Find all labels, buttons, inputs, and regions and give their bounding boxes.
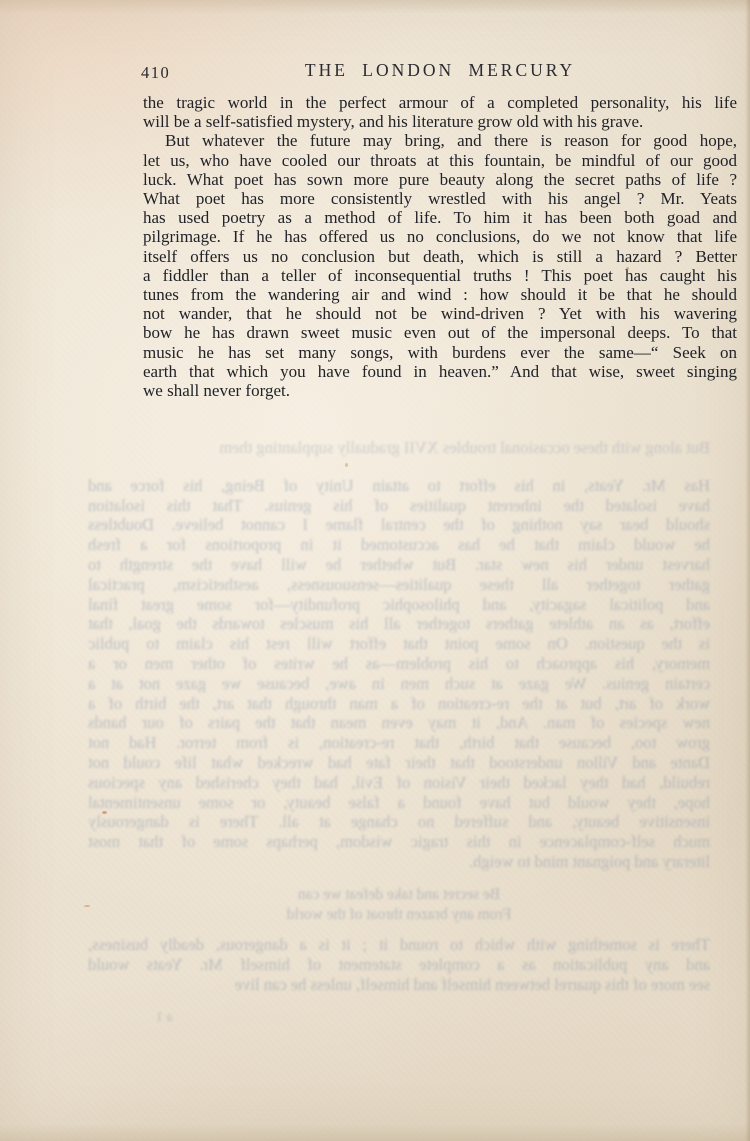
ghost-line: harvest under his new star. But whether …	[88, 555, 710, 575]
text-line: the tragic world in the perfect armour o…	[143, 93, 737, 112]
text-line: pilgrimage. If he has offered us no conc…	[143, 227, 737, 246]
text-line: will be a self-satisfied mystery, and hi…	[143, 112, 737, 131]
ghost-line: is the question. On some point that effo…	[88, 634, 710, 654]
text-line: a fiddler than a teller of inconsequenti…	[143, 266, 737, 285]
text-line: earth that which you have found in heave…	[143, 362, 737, 381]
foxing-speck	[345, 463, 348, 467]
ghost-line: effort, as an athlete gathers together a…	[88, 614, 710, 634]
ghost-closing-paragraph: There is something with which to round i…	[88, 935, 710, 994]
article-text: the tragic world in the perfect armour o…	[143, 93, 737, 400]
text-line: What poet has more consistently wrestled…	[143, 189, 737, 208]
ghost-line: certain genius. We gaze at such men in a…	[88, 674, 710, 694]
text-line: tunes from the wandering air and wind : …	[143, 285, 737, 304]
ghost-line: insensitive beauty, and suffered no chan…	[88, 812, 710, 832]
ghost-heading-line: But along with these occasional troubles…	[88, 438, 710, 458]
ghost-verse: Be secret and take defeat we canFrom any…	[88, 885, 710, 925]
journal-title: THE LONDON MERCURY	[143, 60, 737, 81]
text-line: But whatever the future may bring, and t…	[143, 131, 737, 150]
ghost-line: and political sagacity, and philosophic …	[88, 595, 710, 615]
ghost-signature-mark: a 1	[88, 1008, 710, 1028]
text-line: music he has set many songs, with burden…	[143, 343, 737, 362]
ghost-line: have isolated the inherent qualities of …	[88, 496, 710, 516]
ghost-line: Be secret and take defeat we can	[88, 885, 710, 905]
ghost-line: memory, his approach to his problem—as h…	[88, 654, 710, 674]
foxing-speck	[102, 811, 107, 814]
text-line: itself offers us no conclusion but death…	[143, 247, 737, 266]
text-line: not wander, that he should not be wind-d…	[143, 304, 737, 323]
ghost-gap	[88, 458, 710, 476]
ghost-paragraph: Has Mr. Yeats, in his effort to attain U…	[88, 476, 710, 872]
ghost-line: gather together all these qualities—sens…	[88, 575, 710, 595]
ghost-line: work of art, but at the re-creation of a…	[88, 694, 710, 714]
ghost-line: should bear say nothing of the central f…	[88, 515, 710, 535]
ghost-line: Dante and Villon understood that their f…	[88, 753, 710, 773]
bleed-through-text: But along with these occasional troubles…	[88, 438, 710, 1028]
ghost-line: From any brazen throat of the world	[88, 905, 710, 925]
ghost-line: rebuild, had they lacked their Vision of…	[88, 773, 710, 793]
text-line: has used poetry as a method of life. To …	[143, 208, 737, 227]
running-head: 410 THE LONDON MERCURY	[143, 60, 737, 86]
ghost-line: literary and poignant mind to weigh.	[88, 852, 710, 872]
text-line: bow he has drawn sweet music even out of…	[143, 323, 737, 342]
ghost-line: Has Mr. Yeats, in his effort to attain U…	[88, 476, 710, 496]
foxing-speck	[626, 267, 629, 270]
text-line: let us, who have cooled our throats at t…	[143, 151, 737, 170]
ghost-line: he would claim that he has accustomed it…	[88, 535, 710, 555]
ghost-line: hope, they would but have found a false …	[88, 793, 710, 813]
text-line: luck. What poet has sown more pure beaut…	[143, 170, 737, 189]
ghost-line: see more of this quarrel between himself…	[88, 975, 710, 995]
scanned-magazine-page: 410 THE LONDON MERCURY the tragic world …	[0, 0, 750, 1141]
ghost-line: and any publication as a complete statem…	[88, 955, 710, 975]
ghost-line: grow too, because that birth, that re-cr…	[88, 733, 710, 753]
page-number: 410	[141, 63, 170, 83]
ghost-line: much self-complacence in this tragic wis…	[88, 832, 710, 852]
foxing-speck	[84, 905, 90, 907]
text-line: we shall never forget.	[143, 381, 737, 400]
ghost-line: new species of man. And, it may even mea…	[88, 713, 710, 733]
ghost-line: There is something with which to round i…	[88, 935, 710, 955]
